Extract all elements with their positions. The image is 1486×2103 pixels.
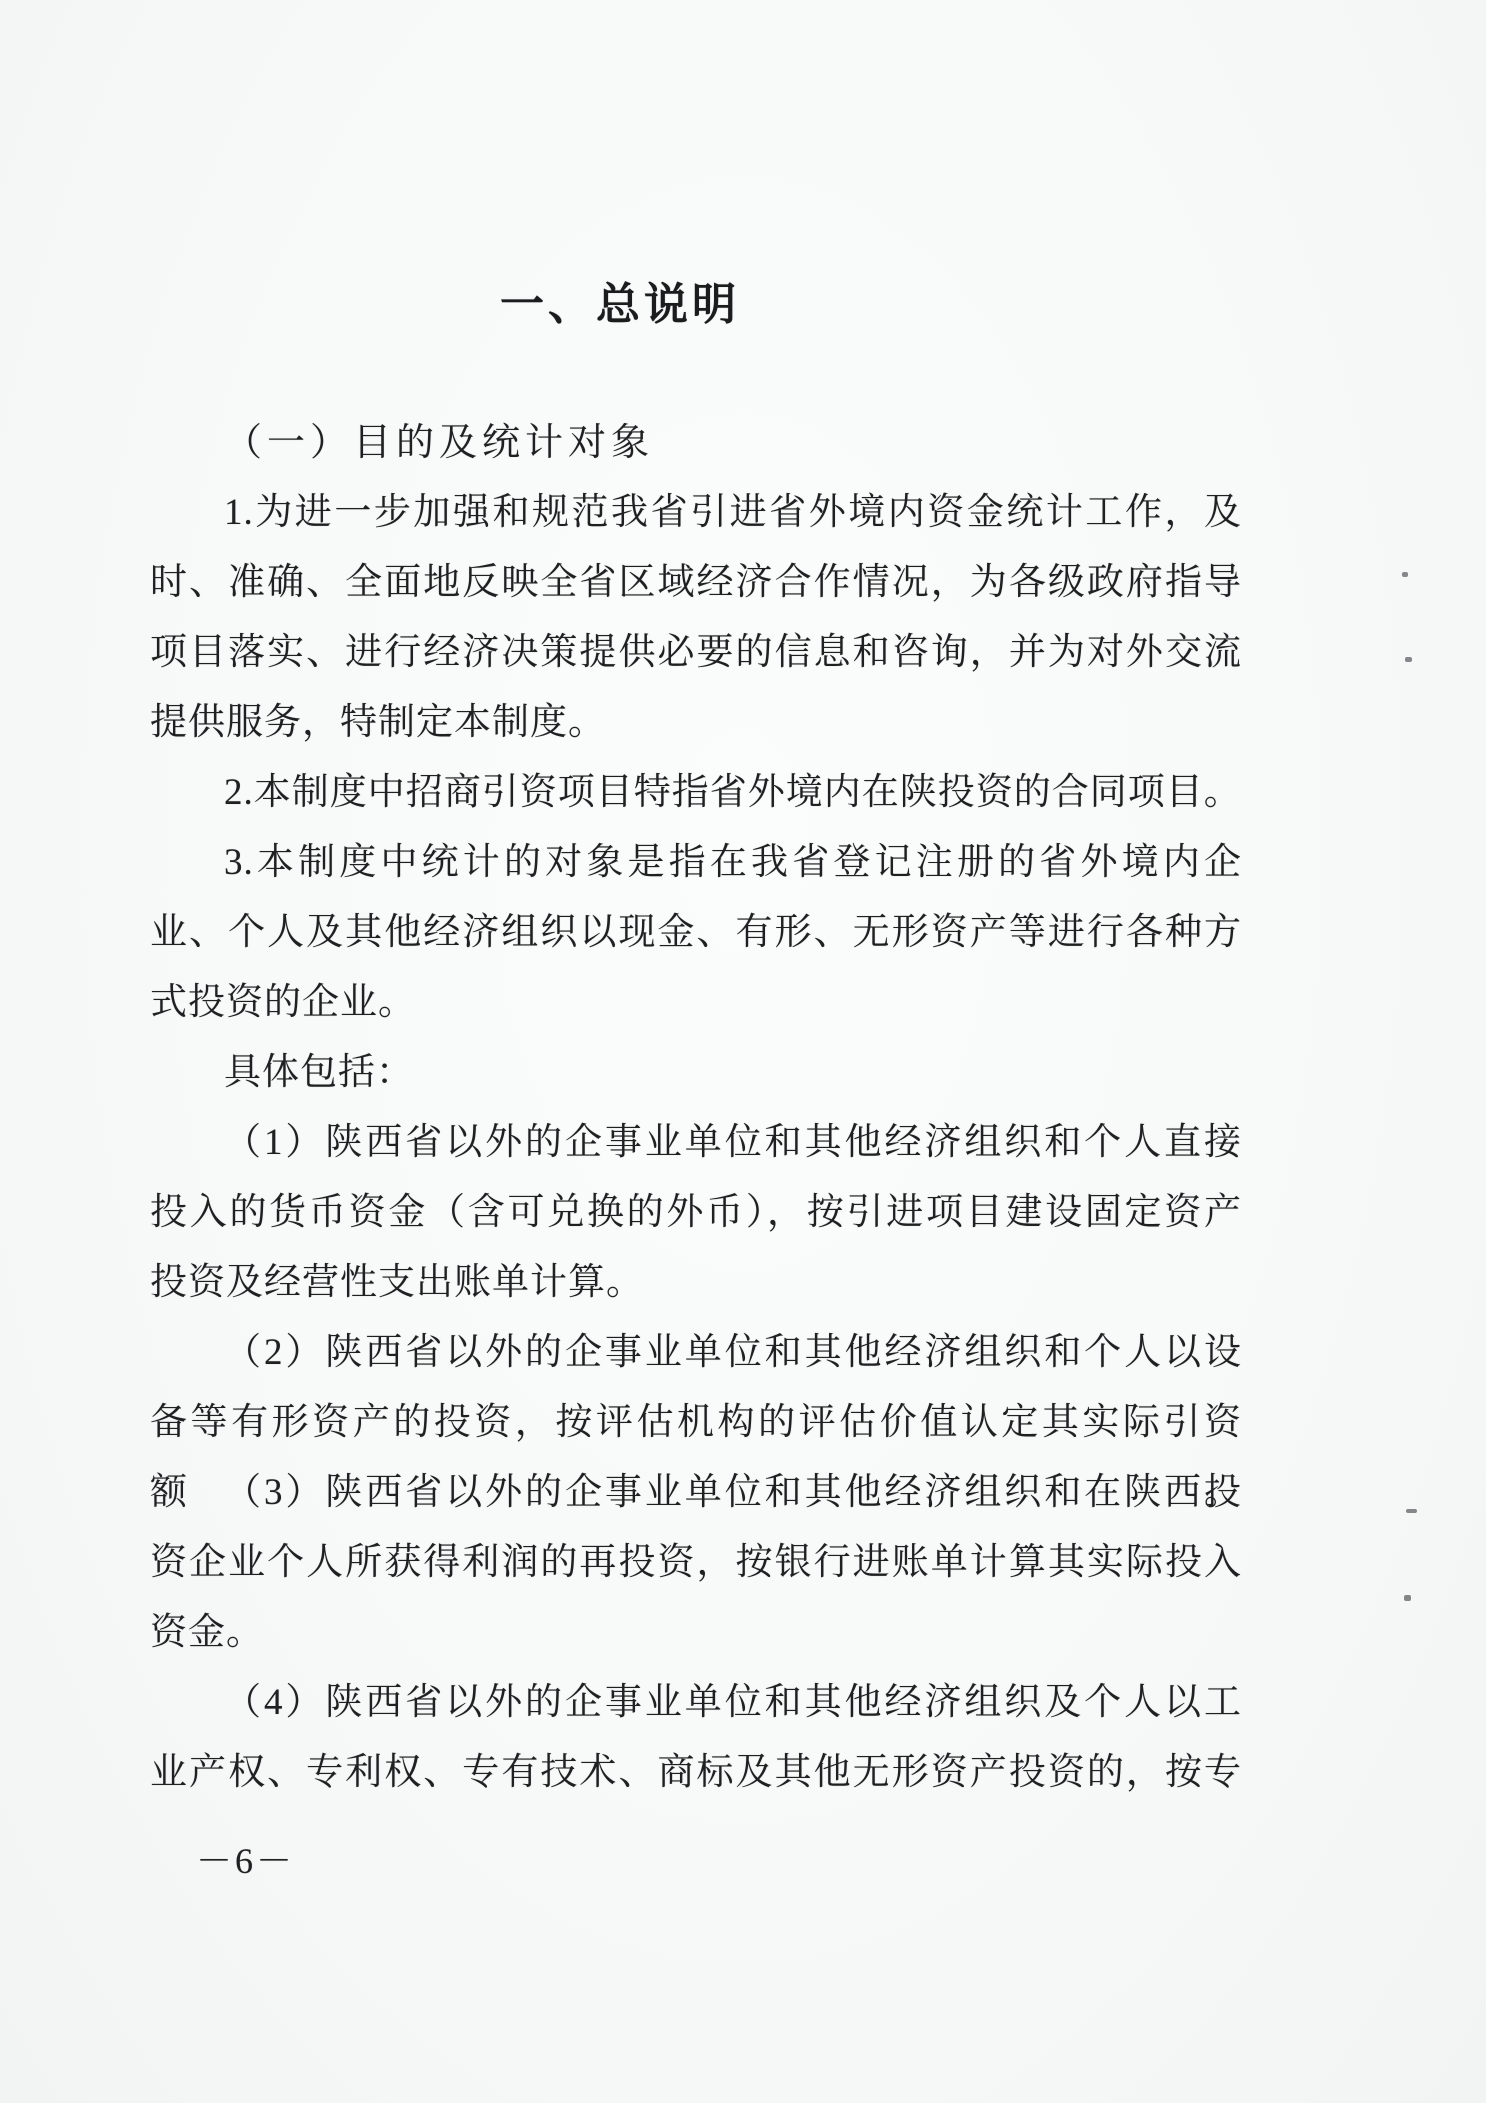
text-line: （3）陕西省以外的企事业单位和其他经济组织和在陕西投 <box>150 1458 1242 1528</box>
text-line: 时、准确、全面地反映全省区域经济合作情况，为各级政府指导 <box>150 548 1242 618</box>
text-line: 业产权、专利权、专有技术、商标及其他无形资产投资的，按专 <box>150 1738 1242 1808</box>
text-line: （2）陕西省以外的企事业单位和其他经济组织和个人以设 <box>150 1318 1242 1388</box>
text-line: 3.本制度中统计的对象是指在我省登记注册的省外境内企 <box>150 828 1242 898</box>
text-line: 资金。 <box>150 1598 1242 1668</box>
text-line: 2.本制度中招商引资项目特指省外境内在陕投资的合同项目。 <box>150 758 1242 828</box>
text-line: （1）陕西省以外的企事业单位和其他经济组织和个人直接 <box>150 1108 1242 1178</box>
text-line: 投入的货币资金（含可兑换的外币），按引进项目建设固定资产 <box>150 1178 1242 1248</box>
text-line: 项目落实、进行经济决策提供必要的信息和咨询，并为对外交流 <box>150 618 1242 688</box>
text-line: （一）目的及统计对象 <box>150 408 1242 478</box>
text-line: 提供服务，特制定本制度。 <box>150 688 1242 758</box>
text-line: 投资及经营性支出账单计算。 <box>150 1248 1242 1318</box>
text-line: 业、个人及其他经济组织以现金、有形、无形资产等进行各种方 <box>150 898 1242 968</box>
scanned-document-page: 一、总说明 （一）目的及统计对象1.为进一步加强和规范我省引进省外境内资金统计工… <box>0 0 1486 2103</box>
page-number: －6－ <box>196 1826 295 1896</box>
scan-artifact-dot <box>1405 657 1412 662</box>
body-text: （一）目的及统计对象1.为进一步加强和规范我省引进省外境内资金统计工作，及时、准… <box>150 408 1242 1808</box>
scan-artifact-dot <box>1402 572 1408 577</box>
text-line: 1.为进一步加强和规范我省引进省外境内资金统计工作，及 <box>150 478 1242 548</box>
scan-artifact-dot <box>1404 1595 1411 1601</box>
document-title: 一、总说明 <box>150 268 1090 332</box>
text-line: （4）陕西省以外的企事业单位和其他经济组织及个人以工 <box>150 1668 1242 1738</box>
text-line: 备等有形资产的投资，按评估机构的评估价值认定其实际引资额。 <box>150 1388 1242 1458</box>
scan-artifact-dash <box>1406 1509 1417 1513</box>
text-line: 式投资的企业。 <box>150 968 1242 1038</box>
text-line: 资企业个人所获得利润的再投资，按银行进账单计算其实际投入 <box>150 1528 1242 1598</box>
text-line: 具体包括： <box>150 1038 1242 1108</box>
